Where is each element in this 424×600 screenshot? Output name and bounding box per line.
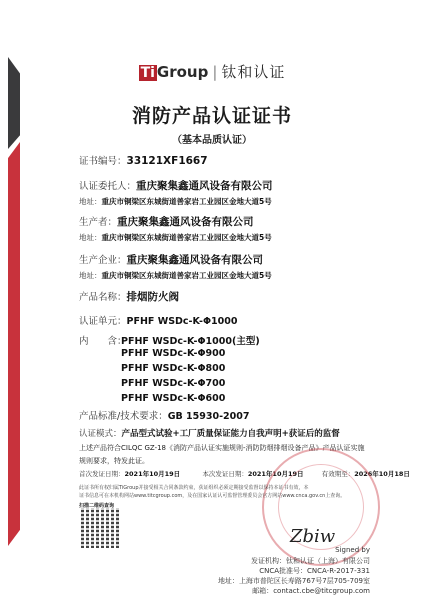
- decorative-red-stripe: [8, 142, 20, 546]
- includes-item: PFHF WSDc-K-Φ1000(主型): [121, 333, 260, 347]
- issuer-email: 邮箱：contact.cbe@titcgroup.com: [252, 586, 370, 596]
- certification-mode: 认证模式：产品型式试验+工厂质量保证能力自我声明+获证后的监督: [79, 427, 340, 439]
- factory-address: 地址：重庆市铜梁区东城街道善家岩工业园区金地大道5号: [79, 270, 272, 281]
- signature: Zbiw: [290, 526, 335, 547]
- certificate-number: 证书编号：33121XF1667: [79, 153, 208, 167]
- notice-line-2: 证书信息可在本机构网站www.titcgroup.com，及在国家认证认可监督管…: [79, 492, 345, 499]
- issuer-address: 地址：上海市普陀区长寿路767号7层705-709室: [218, 576, 370, 586]
- includes-item: PFHF WSDc-K-Φ800: [121, 363, 225, 374]
- logo-separator: |: [212, 63, 217, 81]
- certification-unit: 认证单元：PFHF WSDc-K-Φ1000: [79, 313, 238, 327]
- includes-item: PFHF WSDc-K-Φ600: [121, 393, 225, 404]
- includes-item: PFHF WSDc-K-Φ700: [121, 378, 225, 389]
- statement-line-2: 规则要求，特发此证。: [79, 456, 149, 466]
- cnca-approval-number: CNCA批准号：CNCA-R-2017-331: [259, 566, 370, 576]
- manufacturer-address: 地址：重庆市铜梁区东城街道善家岩工业园区金地大道5号: [79, 232, 272, 243]
- includes-item: PFHF WSDc-K-Φ900: [121, 348, 225, 359]
- logo-group-text: Group: [157, 63, 208, 81]
- logo-cn-name: 钛和认证: [221, 63, 285, 81]
- includes-label: 内 含：: [79, 333, 127, 347]
- logo-ti-mark: Ti: [139, 65, 157, 81]
- tigroup-logo: TiGroup|钛和认证: [0, 61, 424, 82]
- factory: 生产企业：重庆聚集鑫通风设备有限公司: [79, 252, 263, 267]
- product-standard: 产品标准/技术要求：GB 15930-2007: [79, 408, 249, 422]
- manufacturer: 生产者：重庆聚集鑫通风设备有限公司: [79, 214, 254, 229]
- certificate-subtitle: （基本品质认证）: [0, 131, 424, 146]
- issuing-organization: 发证机构：钛和认证（上海）有限公司: [251, 556, 370, 566]
- notice-line-1: 此证书所有权归属TiGroup并接受相关合同条款约束，获证组织必须定期接受监督以…: [79, 484, 309, 491]
- certificate-title: 消防产品认证证书: [0, 101, 424, 128]
- product-name: 产品名称：排烟防火阀: [79, 289, 179, 304]
- signed-by: Signed by: [335, 546, 370, 554]
- applicant: 认证委托人：重庆聚集鑫通风设备有限公司: [79, 178, 273, 193]
- applicant-address: 地址：重庆市铜梁区东城街道善家岩工业园区金地大道5号: [79, 196, 272, 207]
